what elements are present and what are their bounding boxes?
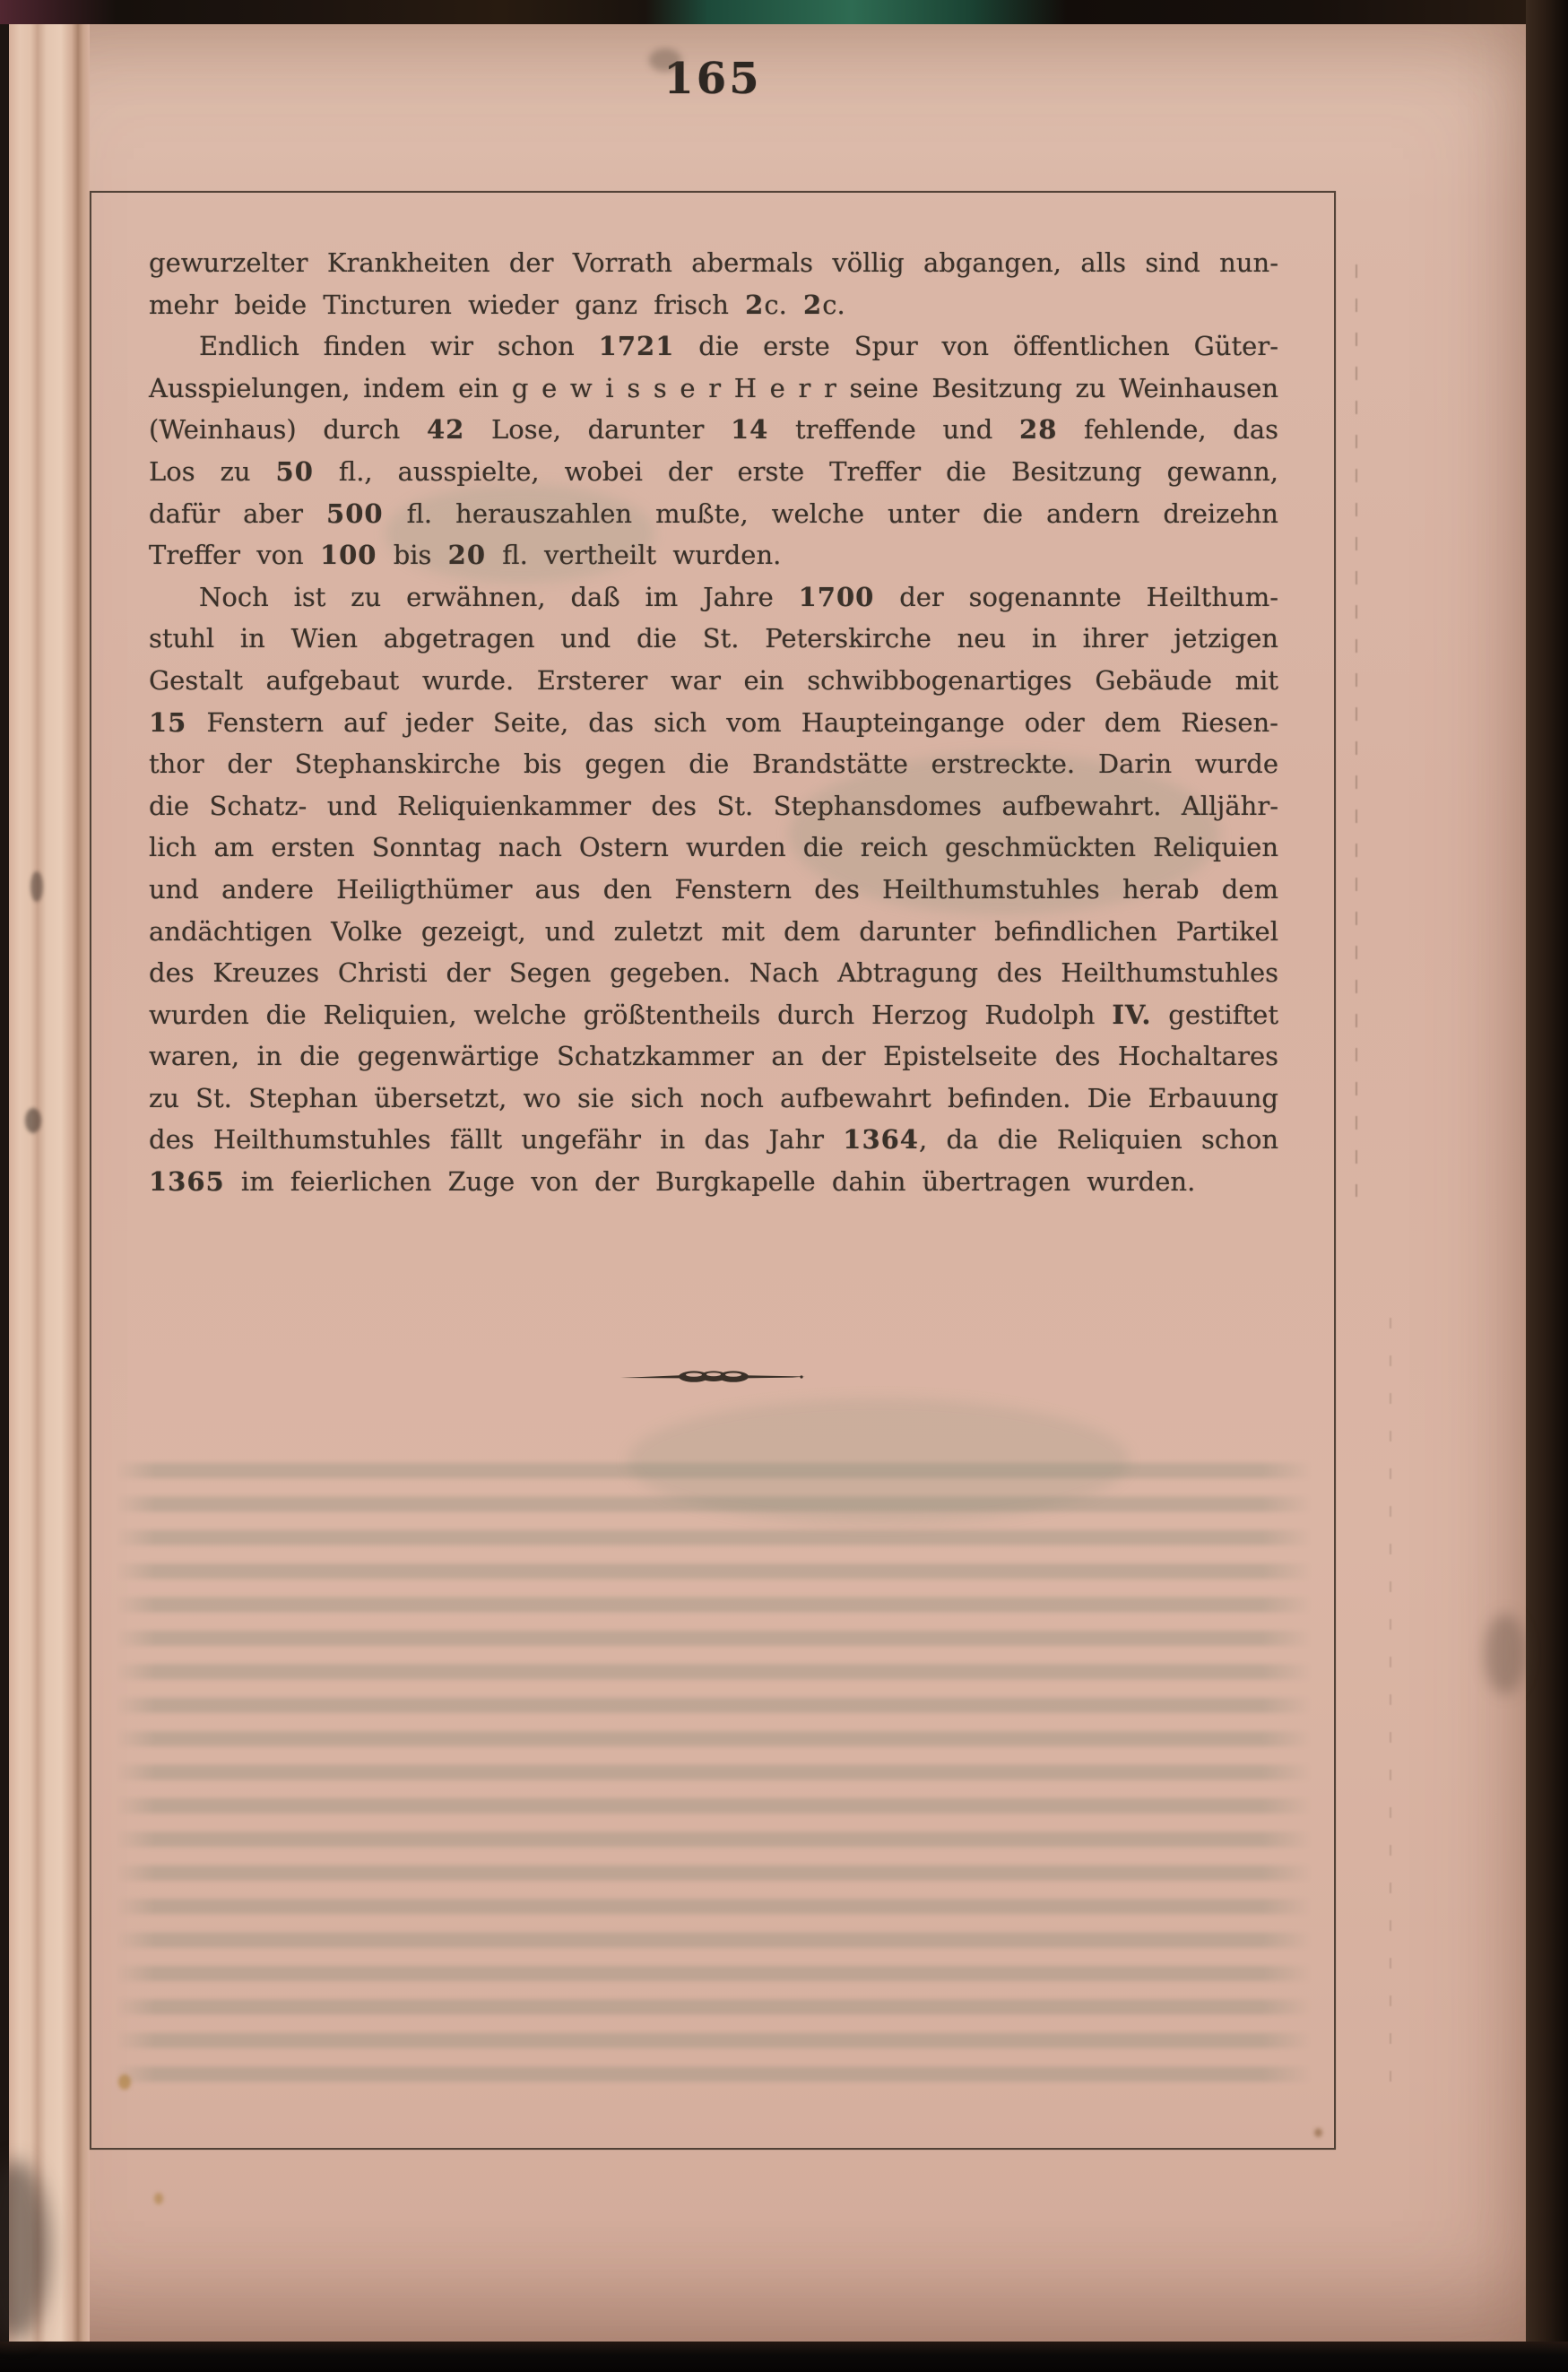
binding-mark	[25, 1108, 41, 1133]
page-text: gewurzelter Krankheiten der Vorrath aber…	[149, 242, 1278, 1203]
paper-stain	[1314, 2128, 1322, 2137]
book-edge-left	[0, 18, 9, 2349]
text-line: Ausspielungen, indem ein g e w i s s e r…	[149, 368, 1278, 410]
text-line: andächtigen Volke gezeigt, und zuletzt m…	[149, 911, 1278, 953]
text-line: zu St. Stephan übersetzt, wo sie sich no…	[149, 1078, 1278, 1120]
text-line: Treffer von 100 bis 20 fl. vertheilt wur…	[149, 534, 1278, 576]
text-line: die Schatz- und Reliquienkammer des St. …	[149, 785, 1278, 827]
text-line: gewurzelter Krankheiten der Vorrath aber…	[149, 242, 1278, 284]
text-line: Gestalt aufgebaut wurde. Ersterer war ei…	[149, 660, 1278, 702]
book-edge-top	[0, 0, 1568, 24]
text-line: Endlich finden wir schon 1721 die erste …	[149, 325, 1278, 368]
text-line: stuhl in Wien abgetragen und die St. Pet…	[149, 618, 1278, 660]
text-line: thor der Stephanskirche bis gegen die Br…	[149, 743, 1278, 785]
text-line: Noch ist zu erwähnen, daß im Jahre 1700 …	[149, 576, 1278, 619]
page-number: 165	[90, 54, 1336, 104]
paper-stain	[118, 2074, 131, 2090]
text-line: mehr beide Tincturen wieder ganz frisch …	[149, 284, 1278, 326]
book-gutter-edge	[7, 22, 90, 2347]
text-line: wurden die Reliquien, welche größtenthei…	[149, 994, 1278, 1036]
book-edge-bottom	[0, 2342, 1568, 2372]
text-line: dafür aber 500 fl. herauszahlen mußte, w…	[149, 493, 1278, 535]
text-line: (Weinhaus) durch 42 Lose, darunter 14 tr…	[149, 409, 1278, 451]
scanned-book-page: 165 gewurzelter Krankheiten der Vorrath …	[0, 0, 1568, 2372]
text-line: 1365 im feierlichen Zuge von der Burgkap…	[149, 1161, 1278, 1203]
text-line: Los zu 50 fl., ausspielte, wobei der ers…	[149, 451, 1278, 493]
text-line: und andere Heiligthümer aus den Fenstern…	[149, 869, 1278, 911]
text-line: waren, in die gegenwärtige Schatzkammer …	[149, 1035, 1278, 1078]
paper-stain	[154, 2193, 163, 2204]
shadow-smudge	[1485, 1614, 1526, 1694]
text-line: des Heilthumstuhles fällt ungefähr in da…	[149, 1119, 1278, 1161]
page-edge-crease	[1390, 1318, 1391, 2089]
text-line: 15 Fenstern auf jeder Seite, das sich vo…	[149, 702, 1278, 744]
page-edge-crease	[1356, 264, 1357, 1197]
ink-smudge	[649, 48, 681, 72]
book-edge-right	[1526, 0, 1568, 2372]
text-line: des Kreuzes Christi der Segen gegeben. N…	[149, 952, 1278, 994]
binding-mark	[30, 871, 43, 902]
text-line: lich am ersten Sonntag nach Ostern wurde…	[149, 827, 1278, 869]
tapered-rule-ornament	[617, 1364, 809, 1389]
